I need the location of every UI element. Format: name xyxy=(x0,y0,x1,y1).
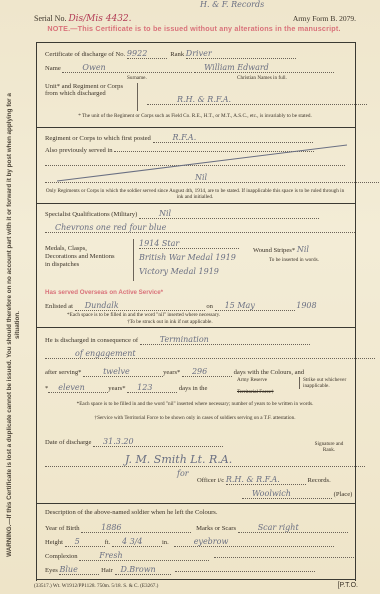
top-annotation: H. & F. Records xyxy=(200,0,264,9)
please-turn-over: [P.T.O. xyxy=(338,582,359,589)
name-row: Name Owen William Edward xyxy=(45,63,334,73)
certificate-frame: Certificate of discharge of No. 9922 Ran… xyxy=(36,42,356,581)
discharge-certificate: H. & F. Records Serial No. Dis/Mis 4432.… xyxy=(0,0,380,594)
strike-through-line xyxy=(57,143,347,183)
serial-value: Dis/Mis 4432. xyxy=(68,14,131,24)
print-info: (33517.) Wt. W1912/PP1128. 750m. 5/18. S… xyxy=(34,583,158,589)
cert-number-row: Certificate of discharge of No. 9922 Ran… xyxy=(45,49,296,59)
alteration-note: NOTE.—This Certificate is to be issued w… xyxy=(34,24,354,33)
army-form-number: Army Form B. 2079. xyxy=(293,14,356,23)
serial-number: Serial No. Dis/Mis 4432. xyxy=(34,14,132,24)
side-warning: WARNING.—If this Certificate is lost a d… xyxy=(6,90,24,560)
